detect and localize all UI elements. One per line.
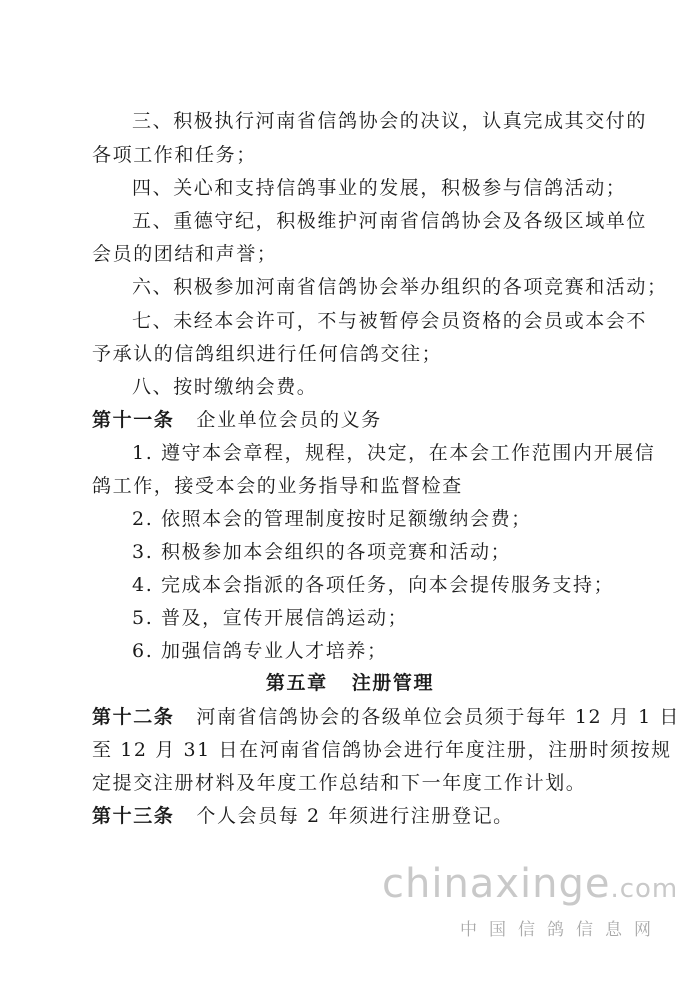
watermark-domain: chinaxinge.com [382, 862, 682, 911]
article-12-line-3: 定提交注册材料及年度工作总结和下一年度工作计划。 [92, 771, 586, 795]
clause-7-cont: 予承认的信鸽组织进行任何信鸽交往； [92, 342, 442, 366]
watermark-tld: .com [610, 874, 678, 904]
article-11-item-1: 1. 遵守本会章程，规程，决定，在本会工作范围内开展信 [132, 441, 655, 465]
article-12-line-1: 第十二条河南省信鸽协会的各级单位会员须于每年 12 月 1 日 [92, 705, 680, 729]
watermark-domain-name: chinaxinge [382, 861, 610, 907]
document-page: 三、积极执行河南省信鸽协会的决议，认真完成其交付的 各项工作和任务； 四、关心和… [0, 0, 700, 990]
clause-5-cont: 会员的团结和声誉； [92, 242, 277, 266]
watermark-site-name: 中国信鸽信息网 [460, 915, 682, 940]
article-12-line-2: 至 12 月 31 日在河南省信鸽协会进行年度注册，注册时须按规 [92, 738, 672, 762]
article-13: 第十三条个人会员每 2 年须进行注册登记。 [92, 804, 514, 828]
article-11-title: 企业单位会员的义务 [196, 409, 381, 431]
clause-3: 三、积极执行河南省信鸽协会的决议，认真完成其交付的 [132, 109, 647, 133]
article-11-heading: 第十一条企业单位会员的义务 [92, 408, 382, 432]
chapter-number: 第五章 [266, 672, 328, 694]
watermark: chinaxinge.com 中国信鸽信息网 [382, 862, 682, 940]
article-11-item-2: 2. 依照本会的管理制度按时足额缴纳会费； [132, 507, 532, 531]
article-13-text: 个人会员每 2 年须进行注册登记。 [196, 805, 513, 827]
article-12-text-1: 河南省信鸽协会的各级单位会员须于每年 12 月 1 日 [196, 706, 680, 728]
article-12-label: 第十二条 [92, 706, 174, 728]
article-13-label: 第十三条 [92, 805, 174, 827]
clause-8: 八、按时缴纳会费。 [132, 375, 317, 399]
article-11-item-4: 4. 完成本会指派的各项任务，向本会提传服务支持； [132, 573, 614, 597]
clause-6: 六、积极参加河南省信鸽协会举办组织的各项竞赛和活动； [132, 275, 668, 299]
article-11-item-1-cont: 鸽工作，接受本会的业务指导和监督检查 [92, 474, 463, 498]
clause-5: 五、重德守纪，积极维护河南省信鸽协会及各级区域单位 [132, 209, 647, 233]
clause-4: 四、关心和支持信鸽事业的发展，积极参与信鸽活动； [132, 176, 626, 200]
article-11-item-5: 5. 普及，宣传开展信鸽运动； [132, 606, 408, 630]
article-11-item-3: 3. 积极参加本会组织的各项竞赛和活动； [132, 540, 511, 564]
clause-3-cont: 各项工作和任务； [92, 143, 257, 167]
clause-7: 七、未经本会许可，不与被暂停会员资格的会员或本会不 [132, 309, 647, 333]
article-11-item-6: 6. 加强信鸽专业人才培养； [132, 639, 388, 663]
chapter-title: 注册管理 [352, 672, 434, 694]
chapter-heading: 第五章注册管理 [0, 671, 700, 695]
article-11-label: 第十一条 [92, 409, 174, 431]
